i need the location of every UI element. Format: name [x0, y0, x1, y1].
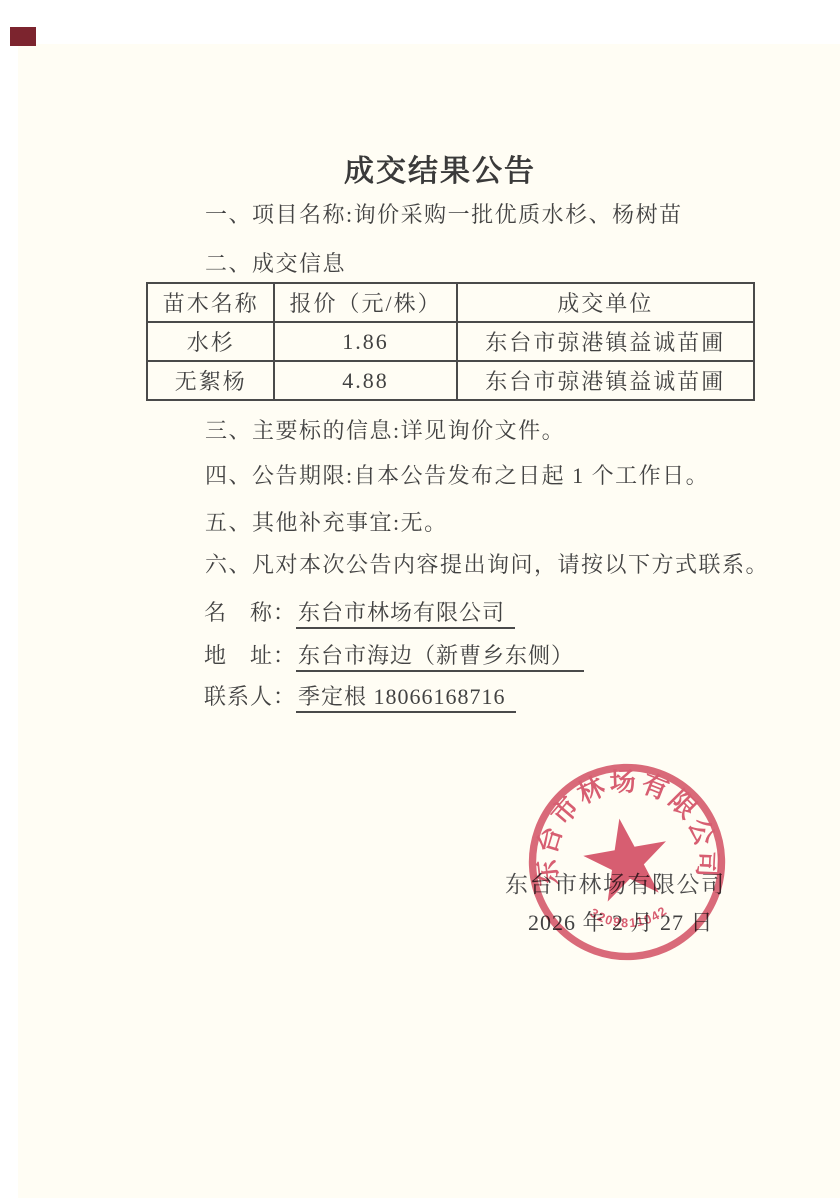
contact-name-label: 名 称： — [204, 600, 296, 625]
cell-seedling-name: 无絮杨 — [147, 361, 274, 400]
column-header-seedling-name: 苗木名称 — [147, 283, 274, 322]
paragraph-deal-info-heading: 二、成交信息 — [205, 247, 346, 278]
paragraph-contact-intro: 六、凡对本次公告内容提出询问，请按以下方式联系。 — [205, 548, 769, 579]
cell-seedling-name: 水杉 — [147, 322, 274, 361]
contact-address-value: 东台市海边（新曹乡东侧） — [296, 643, 584, 672]
table-row: 无絮杨 4.88 东台市弶港镇益诚苗圃 — [147, 361, 754, 400]
contact-person-line: 联系人：季定根 18066168716 — [204, 680, 516, 711]
deal-result-table: 苗木名称 报价（元/株） 成交单位 水杉 1.86 东台市弶港镇益诚苗圃 无絮杨… — [146, 282, 755, 401]
column-header-winning-unit: 成交单位 — [457, 283, 754, 322]
contact-address-line: 地 址：东台市海边（新曹乡东侧） — [204, 639, 584, 670]
contact-name-value: 东台市林场有限公司 — [296, 600, 515, 629]
contact-address-label: 地 址： — [204, 643, 296, 668]
table-header-row: 苗木名称 报价（元/株） 成交单位 — [147, 283, 754, 322]
table-row: 水杉 1.86 东台市弶港镇益诚苗圃 — [147, 322, 754, 361]
paragraph-subject-info: 三、主要标的信息:详见询价文件。 — [205, 414, 565, 445]
paragraph-project-name: 一、项目名称:询价采购一批优质水杉、杨树苗 — [205, 198, 683, 229]
cell-price: 4.88 — [274, 361, 456, 400]
cell-price: 1.86 — [274, 322, 456, 361]
scan-corner-mark — [10, 27, 36, 46]
contact-person-value: 季定根 18066168716 — [296, 684, 516, 713]
cell-winning-unit: 东台市弶港镇益诚苗圃 — [457, 322, 754, 361]
paragraph-other-matters: 五、其他补充事宜:无。 — [205, 506, 448, 537]
company-seal-stamp-icon: 东台市林场有限公司 3209811042 — [518, 753, 735, 970]
page-title: 成交结果公告 — [0, 146, 840, 190]
contact-name-line: 名 称：东台市林场有限公司 — [204, 596, 515, 627]
cell-winning-unit: 东台市弶港镇益诚苗圃 — [457, 361, 754, 400]
seal-star-icon — [578, 811, 675, 904]
column-header-price: 报价（元/株） — [274, 283, 456, 322]
contact-person-label: 联系人： — [204, 684, 296, 709]
paragraph-announcement-period: 四、公告期限:自本公告发布之日起 1 个工作日。 — [205, 459, 709, 490]
seal-code-text: 3209811042 — [587, 903, 671, 932]
